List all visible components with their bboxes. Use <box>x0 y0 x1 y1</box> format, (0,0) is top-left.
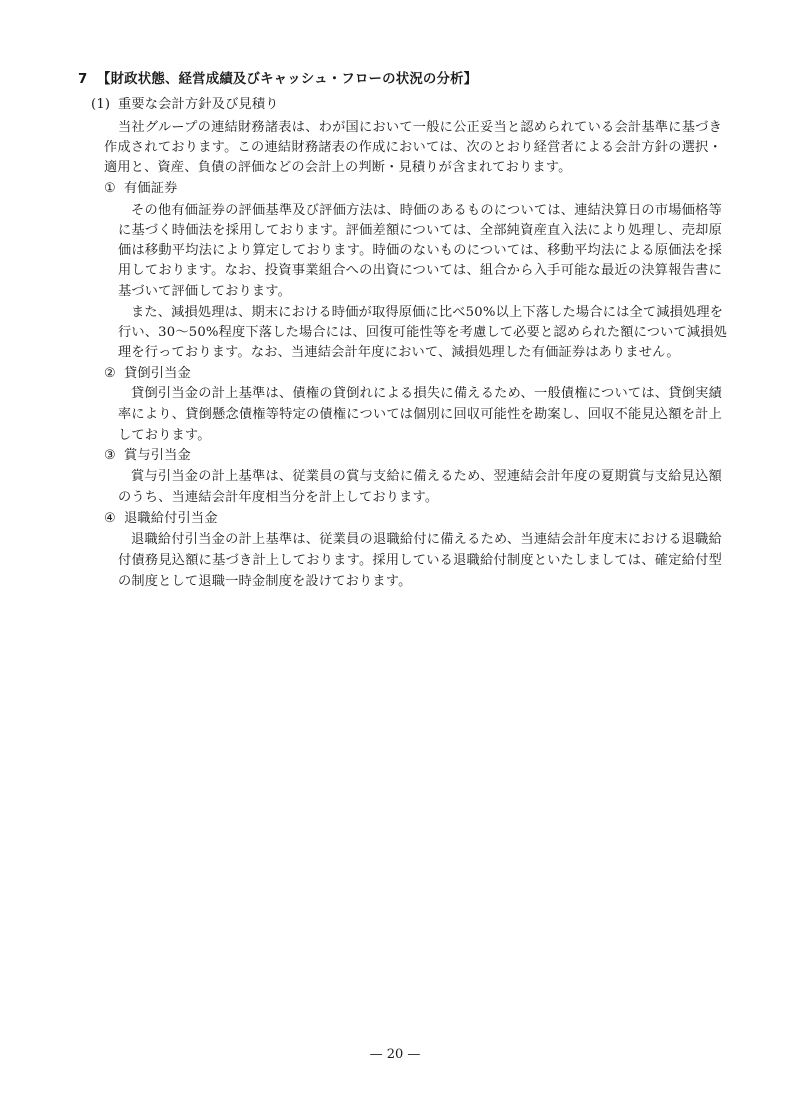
paragraph-line: また、減損処理は、期末における時価が取得原価に比べ50%以上下落した場合には全て… <box>131 303 722 323</box>
section-number: 7 <box>78 70 88 90</box>
page-number: — 20 — <box>0 1047 790 1062</box>
paragraph-line: のうち、当連結会計年度相当分を計上しております。 <box>118 488 438 508</box>
item-title: 有価証券 <box>124 179 178 199</box>
item-marker: ① <box>104 179 116 199</box>
paragraph-line: 付債務見込額に基づき計上しております。採用している退職給付制度といたしましては、… <box>118 551 722 571</box>
paragraph-line: 賞与引当金の計上基準は、従業員の賞与支給に備えるため、翌連結会計年度の夏期賞与支… <box>131 467 722 487</box>
paragraph-line: しております。 <box>118 426 211 446</box>
item-title: 退職給付引当金 <box>124 509 218 529</box>
item-marker: ③ <box>104 446 116 466</box>
subsection-label: (1) <box>91 95 110 115</box>
paragraph-line: 行い、30～50%程度下落した場合には、回復可能性等を考慮して必要と認められた額… <box>118 323 722 343</box>
paragraph-line: の制度として退職一時金制度を設けております。 <box>118 572 411 592</box>
paragraph-line: 用しております。なお、投資事業組合への出資については、組合から入手可能な最近の決… <box>118 261 722 281</box>
section-title: 【財政状態、経営成績及びキャッシュ・フローの状況の分析】 <box>97 70 477 90</box>
paragraph-line: に基づく時価法を採用しております。評価差額については、全部純資産直入法により処理… <box>118 221 722 241</box>
subsection-title: 重要な会計方針及び見積り <box>118 95 279 115</box>
paragraph-line: 作成されております。この連結財務諸表の作成においては、次のとおり経営者による会計… <box>104 138 722 158</box>
paragraph-line: 当社グループの連結財務諸表は、わが国において一般に公正妥当と認められている会計基… <box>118 118 722 138</box>
item-marker: ④ <box>104 509 116 529</box>
paragraph-line: 理を行っております。なお、当連結会計年度において、減損処理した有価証券はありませ… <box>118 343 680 363</box>
paragraph-line: 基づいて評価しております。 <box>118 282 291 302</box>
document-page: 7 【財政状態、経営成績及びキャッシュ・フローの状況の分析】 (1) 重要な会計… <box>0 0 790 1118</box>
paragraph-line: 率により、貸倒懸念債権等特定の債権については個別に回収可能性を勘案し、回収不能見… <box>118 405 722 425</box>
paragraph-line: その他有価証券の評価基準及び評価方法は、時価のあるものについては、連結決算日の市… <box>131 201 722 221</box>
item-marker: ② <box>104 364 116 384</box>
item-title: 貸倒引当金 <box>124 364 191 384</box>
paragraph-line: 退職給付引当金の計上基準は、従業員の退職給付に備えるため、当連結会計年度末におけ… <box>131 530 722 550</box>
item-title: 賞与引当金 <box>124 446 191 466</box>
paragraph-line: 価は移動平均法により算定しております。時価のないものについては、移動平均法による… <box>118 241 722 261</box>
paragraph-line: 適用と、資産、負債の評価などの会計上の判断・見積りが含まれております。 <box>104 158 572 178</box>
paragraph-line: 貸倒引当金の計上基準は、債権の貸倒れによる損失に備えるため、一般債権については、… <box>131 384 722 404</box>
